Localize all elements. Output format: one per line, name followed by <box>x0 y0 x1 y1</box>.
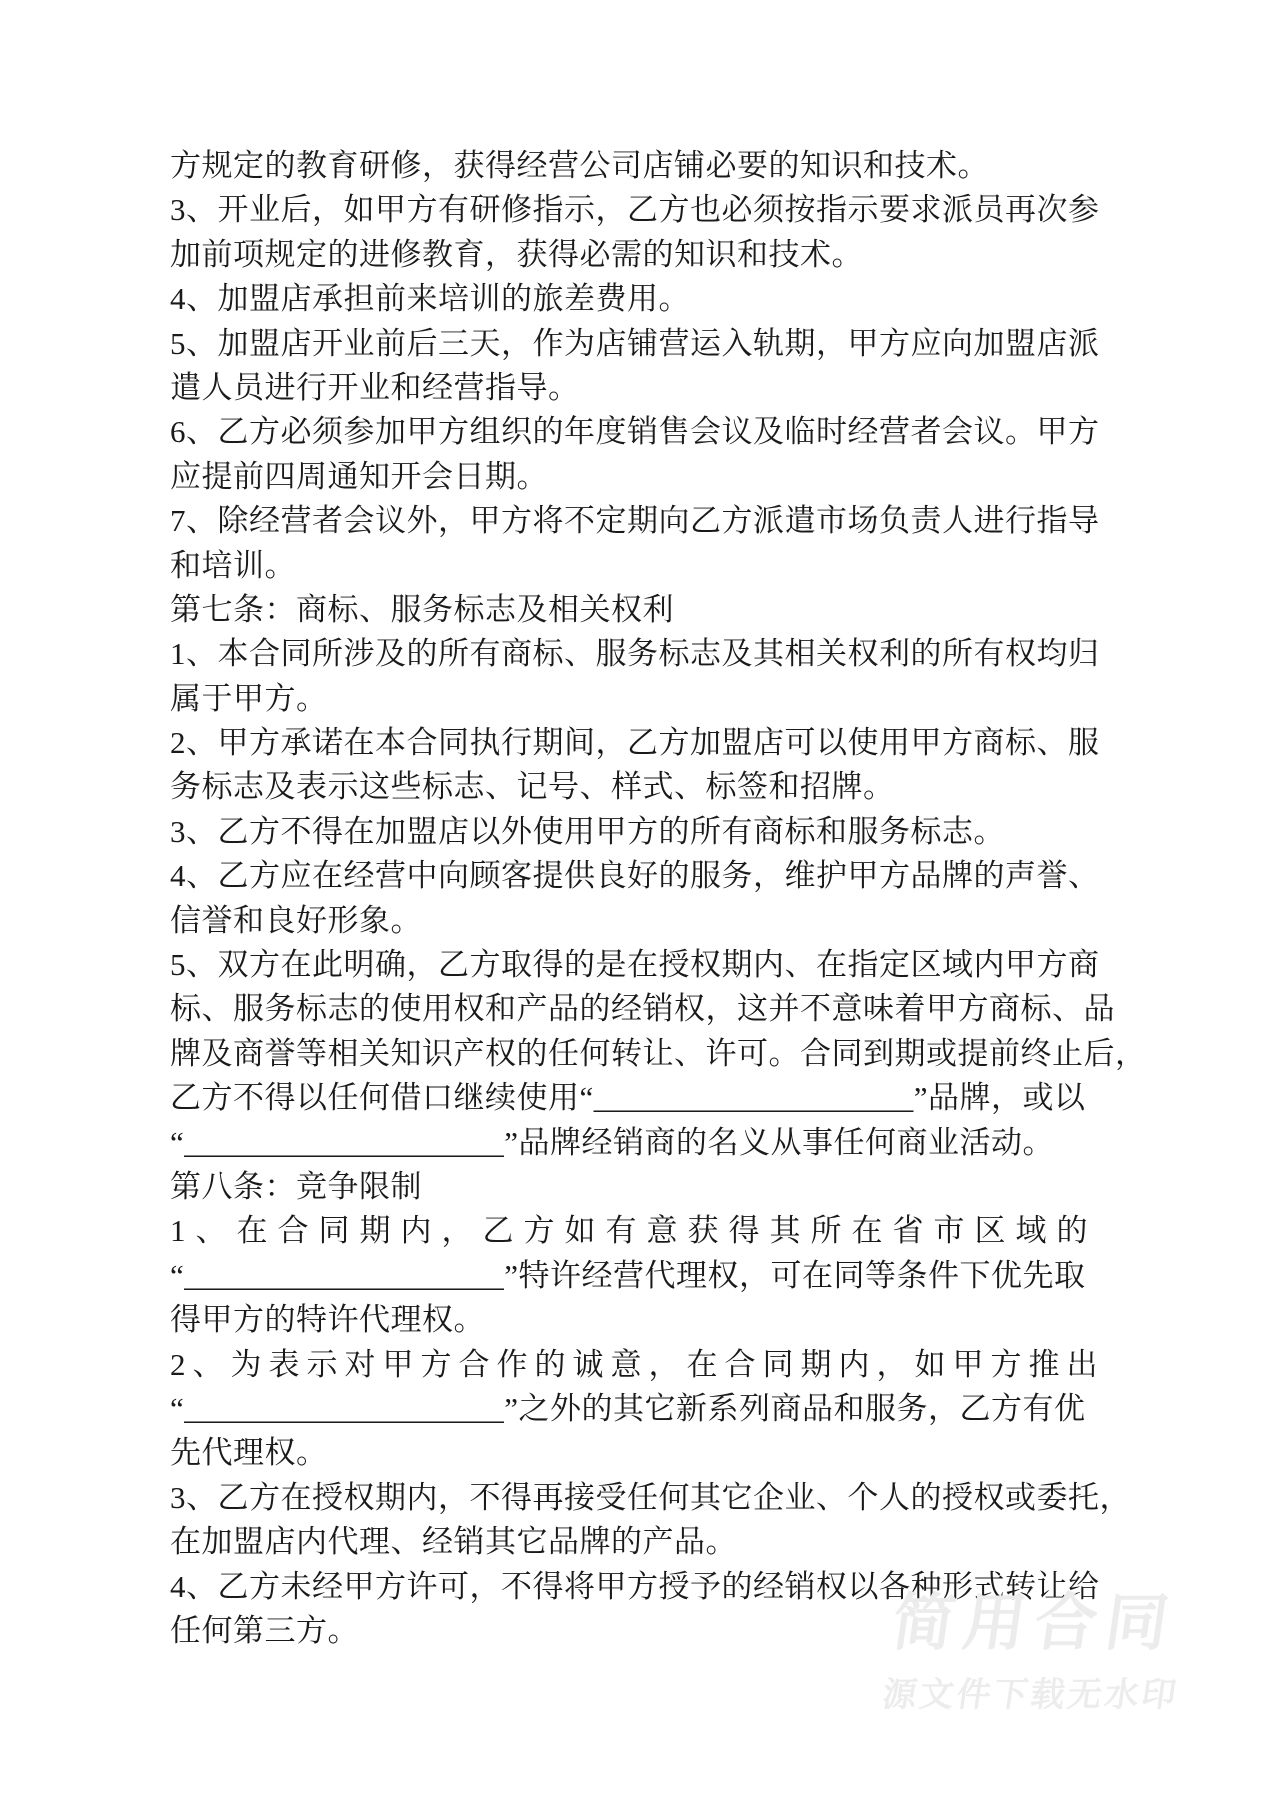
contract-line-5: 5、加盟店开业前后三天，作为店铺营运入轨期，甲方应向加盟店派 <box>170 322 1118 366</box>
contract-line-13: 属于甲方。 <box>170 677 1118 721</box>
contract-line-22: 乙方不得以任何借口继续使用“____________________”品牌，或以 <box>170 1076 1118 1120</box>
contract-line-32: 在加盟店内代理、经销其它品牌的产品。 <box>170 1520 1118 1564</box>
contract-line-19: 5、双方在此明确，乙方取得的是在授权期内、在指定区域内甲方商 <box>170 943 1118 987</box>
contract-line-20: 标、服务标志的使用权和产品的经销权，这并不意味着甲方商标、品 <box>170 987 1118 1031</box>
contract-line-6: 遣人员进行开业和经营指导。 <box>170 366 1118 410</box>
contract-line-4: 4、加盟店承担前来培训的旅差费用。 <box>170 277 1118 321</box>
contract-line-31: 3、乙方在授权期内，不得再接受任何其它企业、个人的授权或委托， <box>170 1476 1118 1520</box>
contract-line-12: 1、本合同所涉及的所有商标、服务标志及其相关权利的所有权均归 <box>170 632 1118 676</box>
contract-line-2: 3、开业后，如甲方有研修指示，乙方也必须按指示要求派员再次参 <box>170 188 1118 232</box>
contract-line-17: 4、乙方应在经营中向顾客提供良好的服务，维护甲方品牌的声誉、 <box>170 854 1118 898</box>
contract-line-7: 6、乙方必须参加甲方组织的年度销售会议及临时经营者会议。甲方 <box>170 410 1118 454</box>
contract-page: 方规定的教育研修，获得经营公司店铺必要的知识和技术。3、开业后，如甲方有研修指示… <box>0 0 1280 1810</box>
contract-line-24: 第八条：竞争限制 <box>170 1165 1118 1209</box>
contract-line-9: 7、除经营者会议外，甲方将不定期向乙方派遣市场负责人进行指导 <box>170 499 1118 543</box>
contract-text-block: 方规定的教育研修，获得经营公司店铺必要的知识和技术。3、开业后，如甲方有研修指示… <box>170 144 1118 1653</box>
contract-line-29: “____________________”之外的其它新系列商品和服务，乙方有优 <box>170 1387 1118 1431</box>
contract-line-3: 加前项规定的进修教育，获得必需的知识和技术。 <box>170 233 1118 277</box>
watermark-tagline-text: 源文件下载无水印 <box>880 1676 1181 1714</box>
contract-line-26: “____________________”特许经营代理权，可在同等条件下优先取 <box>170 1254 1118 1298</box>
contract-line-14: 2、甲方承诺在本合同执行期间，乙方加盟店可以使用甲方商标、服 <box>170 721 1118 765</box>
contract-line-16: 3、乙方不得在加盟店以外使用甲方的所有商标和服务标志。 <box>170 810 1118 854</box>
contract-line-28: 2、为表示对甲方合作的诚意，在合同期内，如甲方推出 <box>170 1343 1118 1387</box>
contract-line-18: 信誉和良好形象。 <box>170 899 1118 943</box>
contract-line-27: 得甲方的特许代理权。 <box>170 1298 1118 1342</box>
watermark-brand-text: 简用合同 <box>888 1588 1194 1660</box>
watermark: 简用合同 源文件下载无水印 <box>880 1588 1194 1714</box>
contract-line-25: 1、在合同期内，乙方如有意获得其所在省市区域的 <box>170 1209 1118 1253</box>
contract-line-23: “____________________”品牌经销商的名义从事任何商业活动。 <box>170 1121 1118 1165</box>
contract-line-1: 方规定的教育研修，获得经营公司店铺必要的知识和技术。 <box>170 144 1118 188</box>
contract-line-30: 先代理权。 <box>170 1431 1118 1475</box>
contract-line-21: 牌及商誉等相关知识产权的任何转让、许可。合同到期或提前终止后， <box>170 1032 1118 1076</box>
contract-line-15: 务标志及表示这些标志、记号、样式、标签和招牌。 <box>170 765 1118 809</box>
contract-line-8: 应提前四周通知开会日期。 <box>170 455 1118 499</box>
contract-line-10: 和培训。 <box>170 544 1118 588</box>
contract-line-11: 第七条：商标、服务标志及相关权利 <box>170 588 1118 632</box>
